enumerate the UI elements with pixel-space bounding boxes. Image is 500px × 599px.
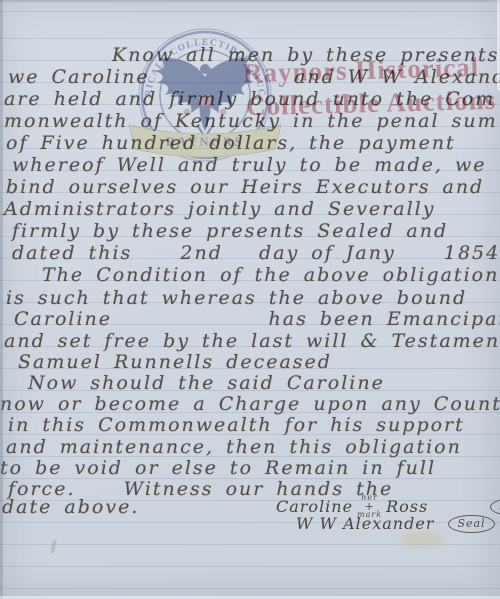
handwriting-line: and maintenance, then this obligation <box>6 436 462 458</box>
seal-annotation-caroline: Seal <box>490 498 500 516</box>
handwriting-line: date above. <box>2 496 139 518</box>
handwriting-line: dated this 2nd day of Jany 1854 <box>12 242 500 264</box>
handwriting-line: to be void or else to Remain in full <box>0 457 436 479</box>
handwriting-line: and set free by the last will & Testamen… <box>4 330 500 352</box>
paper-edge-left <box>0 0 3 599</box>
seal-annotation-alexander: Seal <box>448 515 494 533</box>
signature-caroline-first: Caroline <box>276 498 353 516</box>
handwriting-line: Administrators jointly and Severally <box>4 198 435 220</box>
signature-alexander-name: W W Alexander <box>296 515 434 533</box>
handwriting-line: in this Commonwealth for his support <box>8 414 465 436</box>
handwriting-line: The Condition of the above obligation <box>42 264 499 286</box>
watermark-text-line1: Raynors Historical <box>243 53 480 87</box>
signature-caroline-last: Ross <box>386 498 428 516</box>
paper-edge-top <box>0 0 500 2</box>
signature-alexander: W W Alexander Seal <box>296 515 495 533</box>
handwriting-line: Caroline has been Emancipated <box>14 308 500 330</box>
handwriting-line: Samuel Runnells deceased <box>18 351 332 373</box>
handwriting-line: firmly by these presents Sealed and <box>12 220 448 242</box>
handwriting-line: is such that whereas the above bound <box>6 287 467 309</box>
eagle-icon <box>155 58 255 137</box>
paper-stain <box>400 531 444 548</box>
eagle-shield <box>199 95 211 106</box>
watermark-text-line2: Collectible Auctions <box>246 86 497 121</box>
document-photo: Know all men by these presents that we C… <box>0 0 500 599</box>
handwriting-line: now or become a Charge upon any County <box>0 393 500 415</box>
seal-banner-text: RAYNORS <box>166 135 244 149</box>
handwriting-line: Now should the said Caroline <box>28 372 385 394</box>
